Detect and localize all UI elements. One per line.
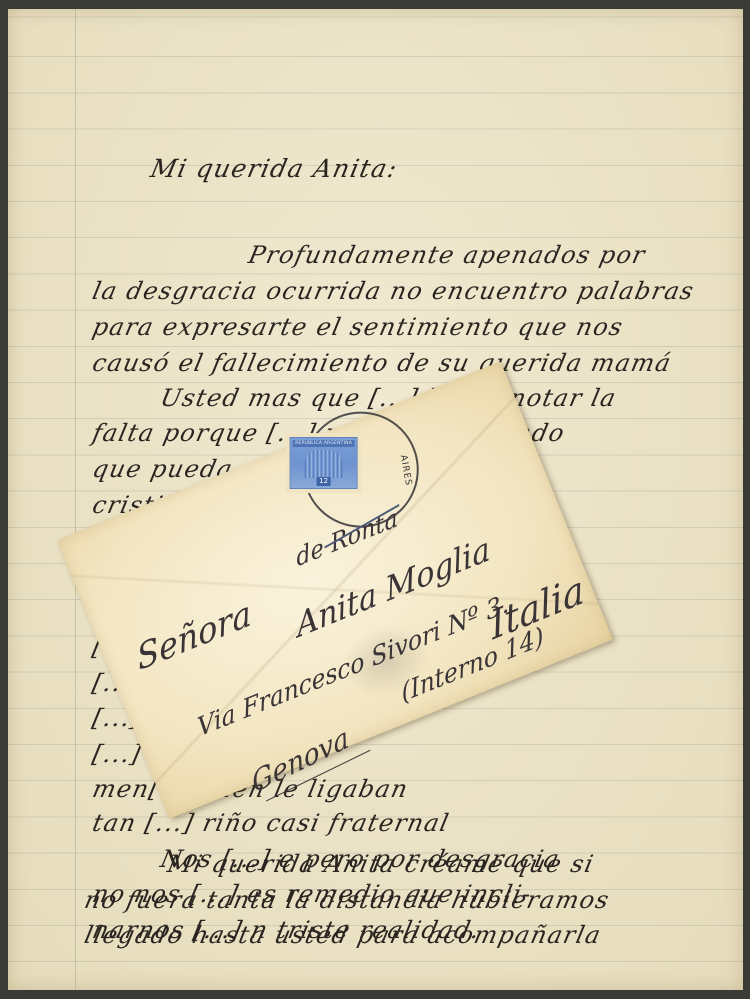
address-salutation: Señora — [135, 593, 254, 680]
letter-line: para expresarte el sentimiento que nos — [90, 313, 626, 341]
letter-line: tan [...] riño casi fraternal — [90, 809, 452, 837]
letter-line: causó el fallecimiento de su querida mam… — [90, 349, 674, 377]
stamp-value: 12 — [317, 477, 331, 486]
letter-line: llegado hasta usted para acompañarla — [82, 921, 604, 949]
stamp-building-icon — [305, 450, 343, 478]
letter-line: Profundamente apenados por — [246, 241, 648, 269]
letter-line: no fuera tanta la distancia hubieramos — [82, 886, 613, 914]
letter-line: la desgracia ocurrida no encuentro palab… — [90, 277, 697, 305]
letter-salutation: Mi querida Anita: — [148, 154, 401, 183]
letter-line: Mi querida Anita créame que si — [165, 850, 597, 878]
postmark-text: AIRES — [397, 454, 412, 487]
stamp-image: REPUBLICA ARGENTINA 12 — [290, 437, 358, 489]
postage-stamp: REPUBLICA ARGENTINA 12 — [286, 433, 362, 493]
stamp-country: REPUBLICA ARGENTINA — [293, 440, 355, 447]
